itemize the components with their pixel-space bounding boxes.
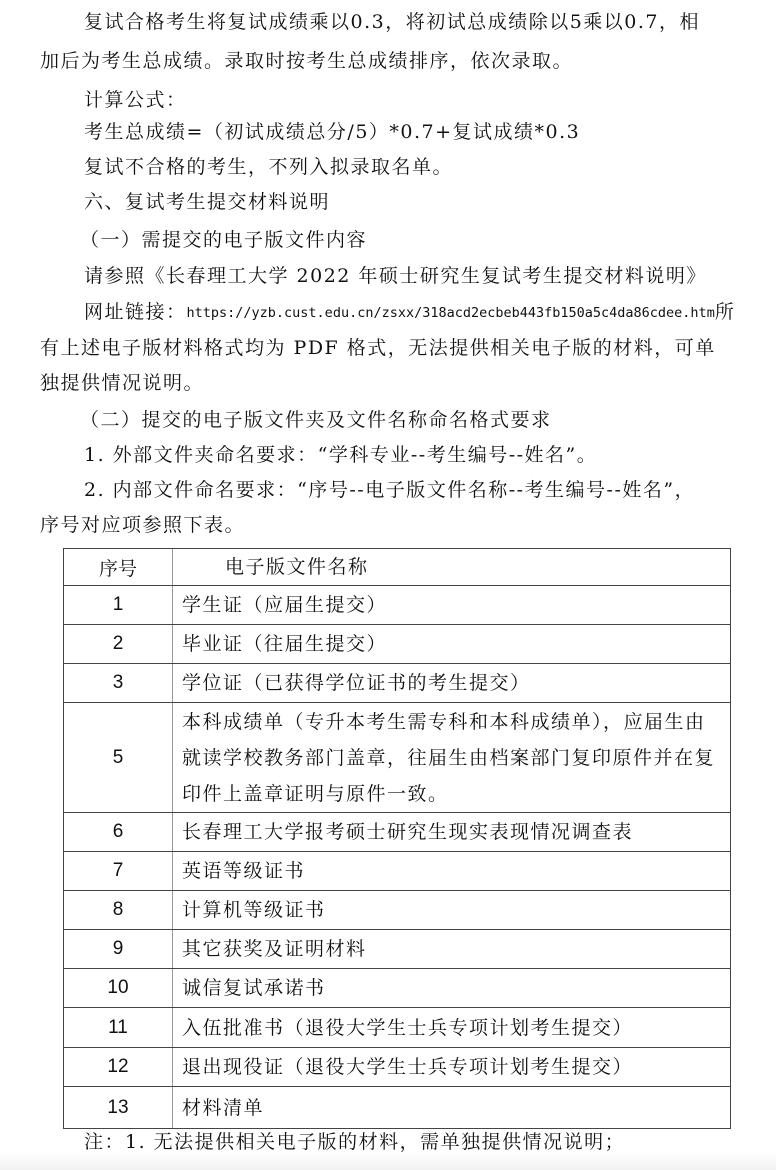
row-name: 其它获奖及证明材料	[173, 930, 730, 968]
row-no: 9	[64, 930, 173, 968]
table-row: 12 退出现役证（退役大学生士兵专项计划考生提交）	[64, 1047, 730, 1086]
table-row: 6 长春理工大学报考硕士研究生现实表现情况调查表	[64, 812, 730, 851]
row-no: 12	[64, 1048, 173, 1086]
row-name: 学位证（已获得学位证书的考生提交）	[173, 664, 730, 702]
table-row: 8 计算机等级证书	[64, 890, 730, 929]
fail-note: 复试不合格的考生，不列入拟录取名单。	[84, 155, 453, 179]
url-label: 网址链接：	[84, 301, 187, 323]
reference-line: 请参照《长春理工大学 2022 年硕士研究生复试考生提交材料说明》	[84, 264, 707, 288]
row-no: 5	[64, 703, 173, 812]
row-name: 材料清单	[173, 1087, 730, 1128]
table-row: 9 其它获奖及证明材料	[64, 929, 730, 968]
subsection-heading-2: （二）提交的电子版文件夹及文件名称命名格式要求	[80, 408, 552, 432]
naming-rule-2: 2. 内部文件命名要求：“序号--电子版文件名称--考生编号--姓名”，	[84, 478, 695, 502]
row-name: 入伍批准书（退役大学生士兵专项计划考生提交）	[173, 1008, 730, 1047]
formula-label: 计算公式：	[84, 88, 187, 112]
url-link[interactable]: https://yzb.cust.edu.cn/zsxx/318acd2ecbe…	[187, 305, 715, 321]
row-no: 3	[64, 664, 173, 702]
row-name: 退出现役证（退役大学生士兵专项计划考生提交）	[173, 1048, 730, 1086]
footnote: 注：1. 无法提供相关电子版的材料，需单独提供情况说明；	[84, 1130, 625, 1154]
url-tail: 所	[715, 301, 736, 323]
pdf-line1: 有上述电子版材料格式均为 PDF 格式，无法提供相关电子版的材料，可单	[40, 336, 716, 360]
row-no: 7	[64, 852, 173, 890]
url-line: 网址链接：https://yzb.cust.edu.cn/zsxx/318acd…	[84, 300, 735, 325]
paragraph-score-line1: 复试合格考生将复试成绩乘以0.3，将初试总成绩除以5乘以0.7，相	[84, 10, 700, 34]
table-row: 11 入伍批准书（退役大学生士兵专项计划考生提交）	[64, 1007, 730, 1047]
row-name: 计算机等级证书	[173, 891, 730, 929]
table-row: 7 英语等级证书	[64, 851, 730, 890]
row-no: 8	[64, 891, 173, 929]
header-no: 序号	[64, 549, 173, 585]
formula-text: 考生总成绩=（初试成绩总分/5）*0.7+复试成绩*0.3	[84, 120, 580, 144]
table-header-row: 序号 电子版文件名称	[64, 549, 730, 585]
naming-rule-2-cont: 序号对应项参照下表。	[40, 513, 245, 537]
subsection-heading-1: （一）需提交的电子版文件内容	[80, 228, 367, 252]
row-name: 英语等级证书	[173, 852, 730, 890]
table-row: 13 材料清单	[64, 1086, 730, 1128]
materials-table: 序号 电子版文件名称 1 学生证（应届生提交） 2 毕业证（往届生提交） 3 学…	[63, 548, 731, 1129]
section-heading-6: 六、复试考生提交材料说明	[84, 190, 330, 214]
row-name: 学生证（应届生提交）	[173, 586, 730, 624]
row-no: 13	[64, 1087, 173, 1128]
table-row: 1 学生证（应届生提交）	[64, 585, 730, 624]
row-no: 10	[64, 969, 173, 1007]
table-row: 3 学位证（已获得学位证书的考生提交）	[64, 663, 730, 702]
row-name: 诚信复试承诺书	[173, 969, 730, 1007]
table-row: 5 本科成绩单（专升本考生需专科和本科成绩单），应届生由就读学校教务部门盖章，往…	[64, 702, 730, 812]
naming-rule-1: 1. 外部文件夹命名要求：“学科专业--考生编号--姓名”。	[84, 443, 597, 467]
paragraph-score-line2: 加后为考生总成绩。录取时按考生总成绩排序，依次录取。	[40, 49, 573, 73]
page-bottom-fade	[0, 1152, 776, 1170]
table-row: 10 诚信复试承诺书	[64, 968, 730, 1007]
row-no: 6	[64, 813, 173, 851]
row-no: 2	[64, 625, 173, 663]
pdf-line2: 独提供情况说明。	[40, 371, 204, 395]
row-name: 本科成绩单（专升本考生需专科和本科成绩单），应届生由就读学校教务部门盖章，往届生…	[173, 703, 730, 812]
row-name: 毕业证（往届生提交）	[173, 625, 730, 663]
row-no: 11	[64, 1008, 173, 1047]
header-name: 电子版文件名称	[173, 549, 730, 585]
table-row: 2 毕业证（往届生提交）	[64, 624, 730, 663]
row-no: 1	[64, 586, 173, 624]
row-name: 长春理工大学报考硕士研究生现实表现情况调查表	[173, 813, 730, 851]
